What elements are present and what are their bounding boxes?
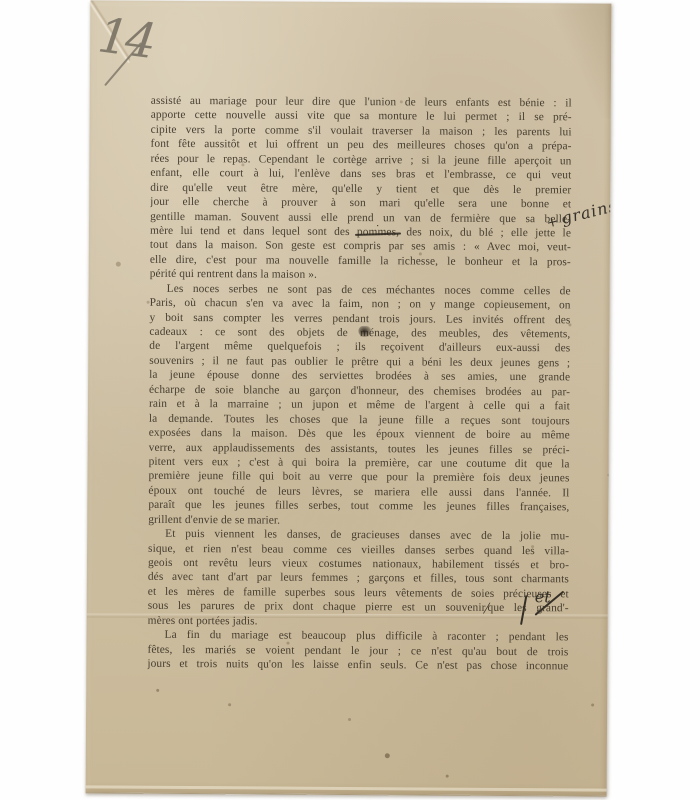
scan-background: 14 +grains et assisté au mariage pour le…	[0, 0, 700, 800]
document-page: 14 +grains et assisté au mariage pour le…	[86, 0, 612, 796]
ink-slash: ∕	[484, 599, 488, 616]
text-line: jours et trois nuits qu'on les laisse en…	[147, 657, 568, 674]
insert-plus-mark: +	[373, 224, 382, 228]
strike: pommes,+	[357, 225, 399, 240]
foxing-specks	[90, 0, 93, 3]
smudge: mé	[360, 326, 374, 341]
text-block: assisté au mariage pour leur dire que l'…	[147, 94, 572, 674]
bottom-edge-highlight	[86, 785, 607, 791]
